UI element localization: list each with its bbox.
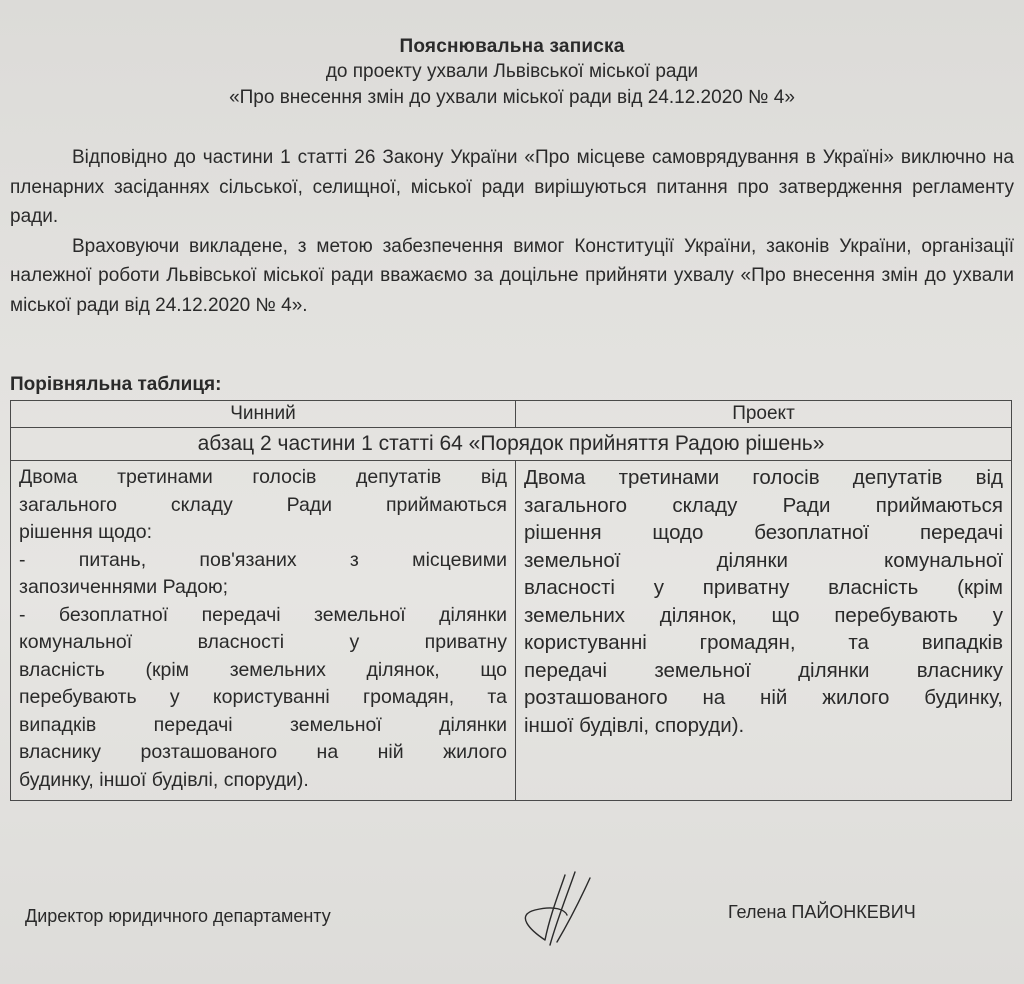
current-line: загального складу Ради приймаються (19, 492, 507, 520)
document-subtitle-line2: «Про внесення змін до ухвали міської рад… (0, 85, 1024, 111)
project-line: іншої будівлі, споруди). (524, 712, 1003, 740)
current-line: Двома третинами голосів депутатів від (19, 464, 507, 492)
document-subtitle-line1: до проекту ухвали Львівської міської рад… (0, 59, 1024, 85)
project-line: Двома третинами голосів депутатів від (524, 464, 1003, 492)
signatory-name: Гелена ПАЙОНКЕВИЧ (728, 902, 916, 923)
current-line: будинку, іншої будівлі, споруди). (19, 767, 507, 795)
section-title: абзац 2 частини 1 статті 64 «Порядок при… (11, 428, 1012, 461)
table-header-row: Чинний Проект (11, 401, 1012, 428)
current-line: - питань, пов'язаних з місцевими (19, 547, 507, 575)
current-text-cell: Двома третинами голосів депутатів від за… (11, 461, 516, 801)
current-line: - безоплатної передачі земельної ділянки (19, 602, 507, 630)
current-line: перебувають у користуванні громадян, та (19, 684, 507, 712)
paragraph-legal-basis: Відповідно до частини 1 статті 26 Закону… (10, 143, 1014, 232)
project-line: рішення щодо безоплатної передачі (524, 519, 1003, 547)
project-line: земельних ділянок, що перебувають у (524, 602, 1003, 630)
paragraph-rationale: Враховуючи викладене, з метою забезпечен… (10, 232, 1014, 321)
document-body: Відповідно до частини 1 статті 26 Закону… (10, 143, 1014, 320)
project-line: розташованого на ній жилого будинку, (524, 684, 1003, 712)
current-line: запозиченнями Радою; (19, 574, 507, 602)
column-header-project: Проект (516, 401, 1012, 428)
document-footer: Директор юридичного департаменту Гелена … (0, 902, 1024, 942)
project-line: користуванні громадян, та випадків (524, 629, 1003, 657)
project-line: власності у приватну власність (крім (524, 574, 1003, 602)
project-line: загального складу Ради приймаються (524, 492, 1003, 520)
project-line: земельної ділянки комунальної (524, 547, 1003, 575)
document-title: Пояснювальна записка (0, 34, 1024, 59)
document-page: Пояснювальна записка до проекту ухвали Л… (0, 0, 1024, 984)
comparison-table: Чинний Проект абзац 2 частини 1 статті 6… (10, 400, 1012, 801)
table-caption: Порівняльна таблиця: (10, 374, 221, 396)
signatory-position: Директор юридичного департаменту (25, 906, 331, 927)
current-line: комунальної власності у приватну (19, 629, 507, 657)
current-line: власнику розташованого на ній жилого (19, 739, 507, 767)
column-header-current: Чинний (11, 401, 516, 428)
current-line: рішення щодо: (19, 519, 507, 547)
table-section-row: абзац 2 частини 1 статті 64 «Порядок при… (11, 428, 1012, 461)
project-line: передачі земельної ділянки власнику (524, 657, 1003, 685)
project-text-cell: Двома третинами голосів депутатів від за… (516, 461, 1012, 801)
table-row: Двома третинами голосів депутатів від за… (11, 461, 1012, 801)
document-header: Пояснювальна записка до проекту ухвали Л… (0, 34, 1024, 111)
current-line: власність (крім земельних ділянок, що (19, 657, 507, 685)
current-line: випадків передачі земельної ділянки (19, 712, 507, 740)
